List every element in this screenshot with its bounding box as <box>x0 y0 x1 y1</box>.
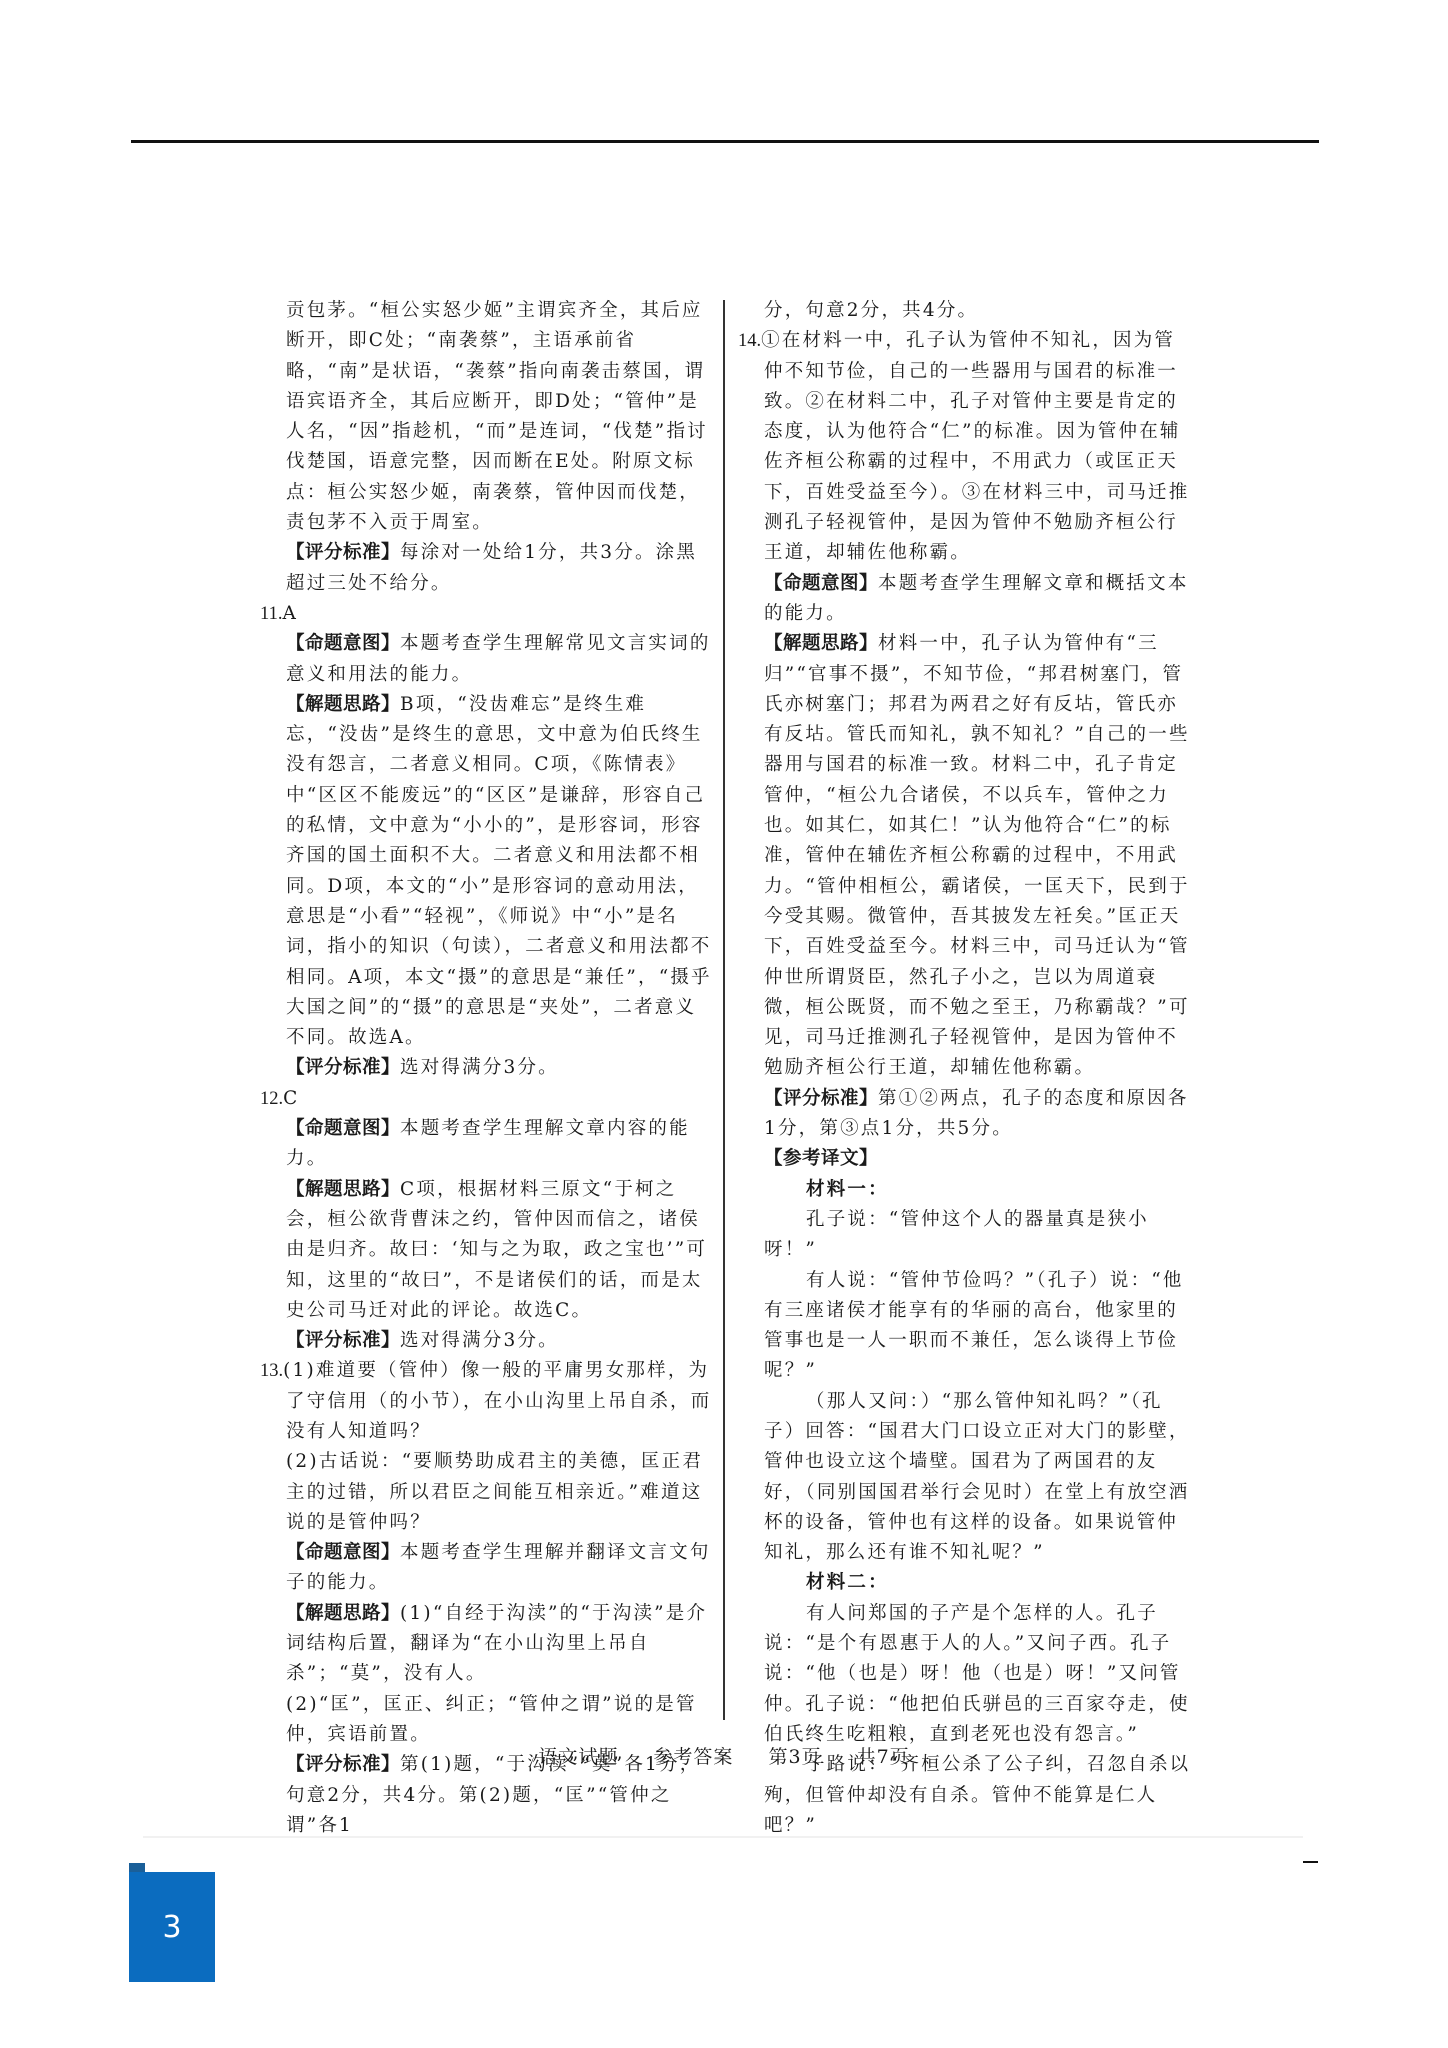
material-heading: 材料二： <box>738 1568 1193 1598</box>
explanation-paragraph: 【命题意图】本题考查学生理解文章和概括文本的能力。 <box>738 569 1193 630</box>
column-divider <box>723 300 725 1720</box>
section-tag: 【命题意图】 <box>286 1118 400 1139</box>
footer-title: 参考答案 <box>653 1746 733 1768</box>
page-number-badge: 3 <box>129 1872 215 1982</box>
page-number: 3 <box>162 1910 181 1945</box>
explanation-paragraph: 【评分标准】每涂对一处给1分，共3分。涂黑超过三处不给分。 <box>260 538 715 599</box>
question-answer: 11.A <box>260 599 715 629</box>
explanation-paragraph: 【解题思路】(1)“自经于沟渎”的“于沟渎”是介词结构后置，翻译为“在小山沟里上… <box>260 1599 715 1690</box>
section-tag: 【命题意图】 <box>286 633 400 654</box>
paragraph: 贡包茅。“桓公实怒少姬”主谓宾齐全，其后应断开，即C处；“南袭蔡”，主语承前省略… <box>260 296 715 538</box>
translation-paragraph: 有人说：“管仲节俭吗？”（孔子）说：“他有三座诸侯才能享有的华丽的高台，他家里的… <box>738 1266 1193 1387</box>
material-heading: 材料一： <box>738 1175 1193 1205</box>
answer-text: ①在材料一中，孔子认为管仲不知礼，因为管仲不知节俭，自己的一些器用与国君的标准一… <box>761 330 1189 563</box>
question-answer: 13.(1)难道要（管仲）像一般的平庸男女那样，为了守信用（的小节），在小山沟里… <box>260 1356 715 1447</box>
explanation-paragraph: 【评分标准】选对得满分3分。 <box>260 1326 715 1356</box>
question-number: 13. <box>260 1361 283 1381</box>
answer-column-left: 贡包茅。“桓公实怒少姬”主谓宾齐全，其后应断开，即C处；“南袭蔡”，主语承前省略… <box>260 296 715 1841</box>
translation-paragraph: （那人又问：）“那么管仲知礼吗？”（孔子）回答：“国君大门口设立正对大门的影壁，… <box>738 1387 1193 1569</box>
translation-paragraph: 有人问郑国的子产是个怎样的人。孔子说：“是个有恩惠于人的人。”又问子西。孔子说：… <box>738 1599 1193 1750</box>
explanation-paragraph: 【评分标准】选对得满分3分。 <box>260 1053 715 1083</box>
section-tag: 【解题思路】 <box>764 633 878 654</box>
paragraph: (2)古话说：“要顺势助成君主的美德，匡正君主的过错，所以君臣之间能互相亲近。”… <box>260 1447 715 1538</box>
explanation-paragraph: 【命题意图】本题考查学生理解常见文言实词的意义和用法的能力。 <box>260 629 715 690</box>
section-tag: 【解题思路】 <box>286 694 400 715</box>
explanation-paragraph: 【命题意图】本题考查学生理解并翻译文言文句子的能力。 <box>260 1538 715 1599</box>
answer-text: A <box>282 603 298 624</box>
paragraph-text: 选对得满分3分。 <box>400 1057 559 1078</box>
section-tag: 【评分标准】 <box>286 1057 400 1078</box>
translation-paragraph: 孔子说：“管仲这个人的器量真是狭小呀！” <box>738 1205 1193 1266</box>
bottom-rule <box>143 1836 1303 1838</box>
page-footer: 语文试题 参考答案 第3页 共7页 <box>0 1742 1448 1769</box>
answer-text: C <box>283 1088 299 1109</box>
paragraph-text: 选对得满分3分。 <box>400 1330 559 1351</box>
paragraph-text: B项，“没齿难忘”是终生难忘，“没齿”是终生的意思，文中意为伯氏终生没有怨言，二… <box>286 694 712 1048</box>
question-answer: 14.①在材料一中，孔子认为管仲不知礼，因为管仲不知节俭，自己的一些器用与国君的… <box>738 326 1193 568</box>
section-heading: 【参考译文】 <box>738 1144 1193 1174</box>
question-number: 11. <box>260 604 282 624</box>
minimize-dash-icon <box>1303 1861 1318 1863</box>
footer-total: 共7页 <box>857 1746 910 1768</box>
section-tag: 【评分标准】 <box>286 542 400 563</box>
question-answer: 12.C <box>260 1084 715 1114</box>
paragraph-text: 材料一中，孔子认为管仲有“三归”“官事不摄”，不知节俭，“邦君树塞门，管氏亦树塞… <box>764 633 1190 1078</box>
section-tag: 【解题思路】 <box>286 1179 400 1200</box>
answer-text: (1)难道要（管仲）像一般的平庸男女那样，为了守信用（的小节），在小山沟里上吊自… <box>283 1360 711 1442</box>
explanation-paragraph: 【解题思路】B项，“没齿难忘”是终生难忘，“没齿”是终生的意思，文中意为伯氏终生… <box>260 690 715 1054</box>
section-tag: 【命题意图】 <box>286 1542 400 1563</box>
question-number: 14. <box>738 331 761 351</box>
footer-page: 第3页 <box>768 1746 821 1768</box>
paragraph: 分，句意2分，共4分。 <box>738 296 1193 326</box>
explanation-paragraph: 【评分标准】第①②两点，孔子的态度和原因各1分，第③点1分，共5分。 <box>738 1084 1193 1145</box>
footer-subject: 语文试题 <box>538 1746 618 1768</box>
question-number: 12. <box>260 1089 283 1109</box>
section-tag: 【命题意图】 <box>764 573 878 594</box>
explanation-paragraph: 【解题思路】C项，根据材料三原文“于柯之会，桓公欲背曹沫之约，管仲因而信之，诸侯… <box>260 1175 715 1326</box>
answer-column-right: 分，句意2分，共4分。14.①在材料一中，孔子认为管仲不知礼，因为管仲不知节俭，… <box>738 296 1193 1841</box>
header-rule <box>131 140 1319 143</box>
explanation-paragraph: 【命题意图】本题考查学生理解文章内容的能力。 <box>260 1114 715 1175</box>
section-tag: 【评分标准】 <box>764 1088 878 1109</box>
explanation-paragraph: 【解题思路】材料一中，孔子认为管仲有“三归”“官事不摄”，不知节俭，“邦君树塞门… <box>738 629 1193 1083</box>
section-tag: 【参考译文】 <box>764 1148 878 1169</box>
section-tag: 【解题思路】 <box>286 1603 400 1624</box>
section-tag: 【评分标准】 <box>286 1330 400 1351</box>
